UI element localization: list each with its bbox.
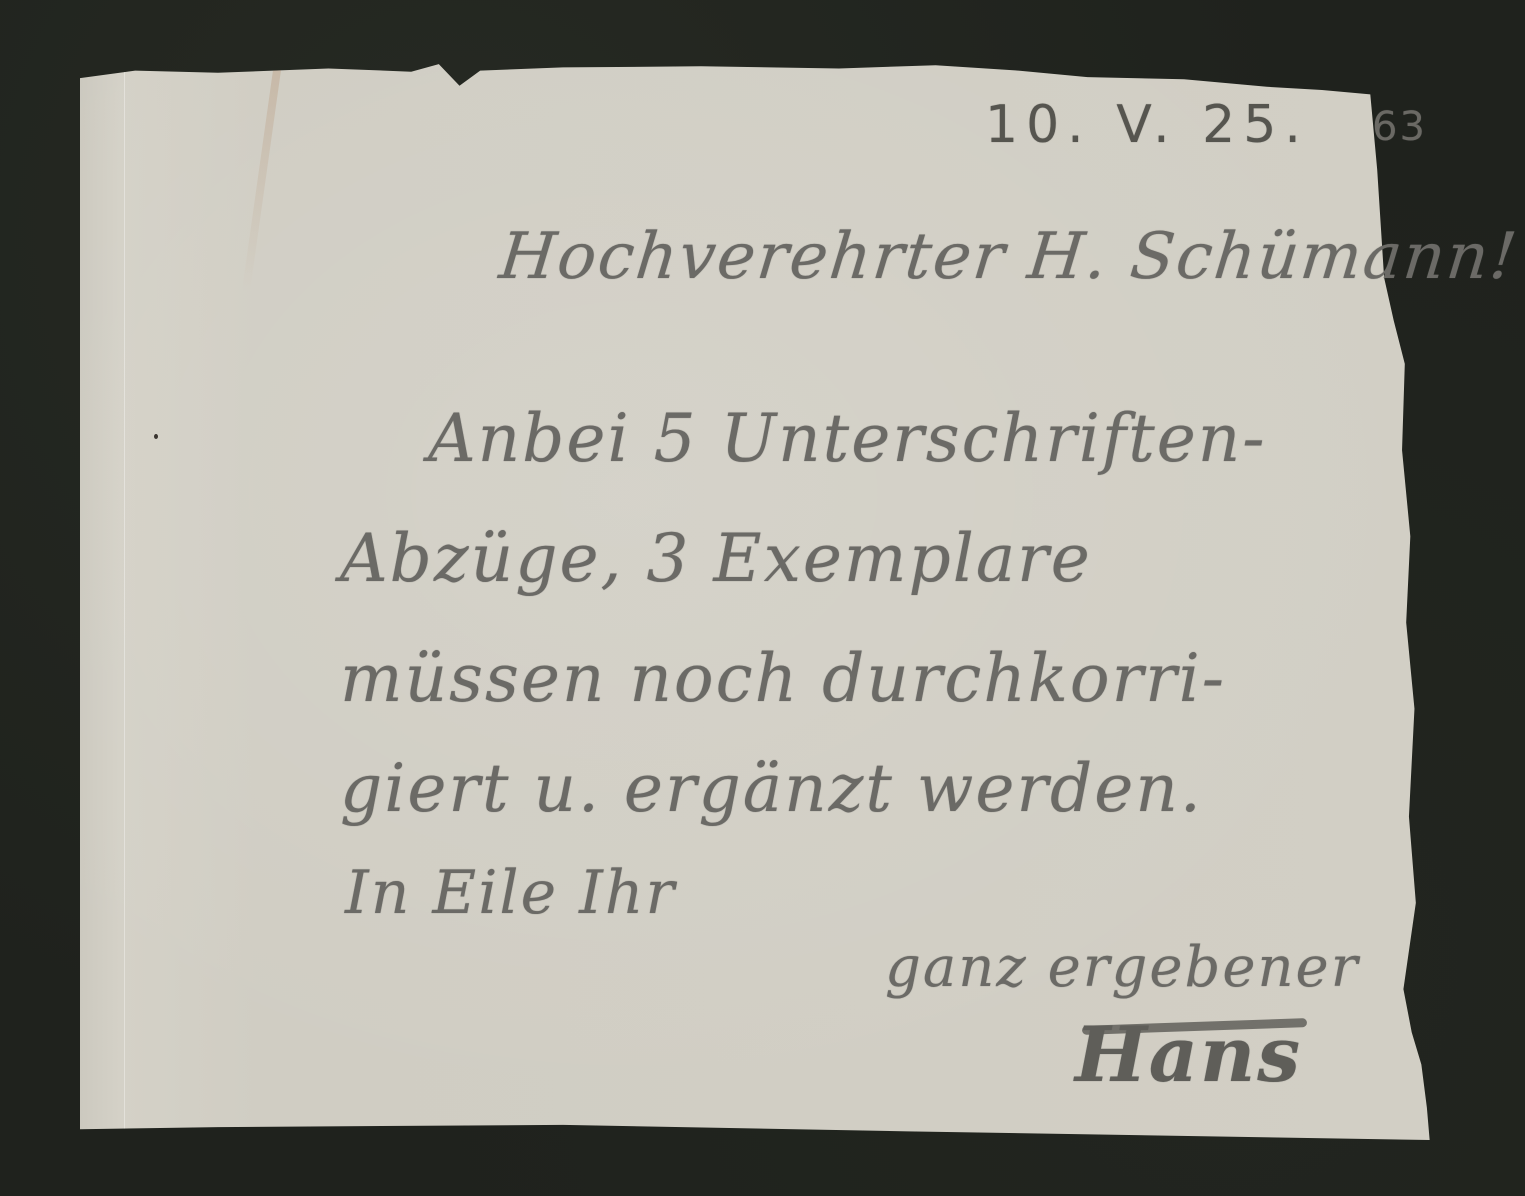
note-salutation: Hochverehrter H. Schümann! [496, 220, 1522, 294]
archive-number: 63 [1372, 104, 1427, 150]
note-date: 10. V. 25. [985, 95, 1309, 155]
note-closing: In Eile Ihr [345, 858, 676, 928]
body-line-3: müssen noch durchkorri- [340, 640, 1226, 717]
body-line-2: Abzüge, 3 Exemplare [340, 520, 1092, 597]
body-line-4: giert u. ergänzt werden. [340, 750, 1203, 827]
paper-speck [154, 434, 158, 439]
paper-fold-line [124, 62, 125, 1140]
body-line-1: Anbei 5 Unterschriften- [428, 400, 1267, 477]
note-regards: ganz ergebener [885, 935, 1359, 1000]
note-signature: Hans [1075, 1010, 1302, 1099]
